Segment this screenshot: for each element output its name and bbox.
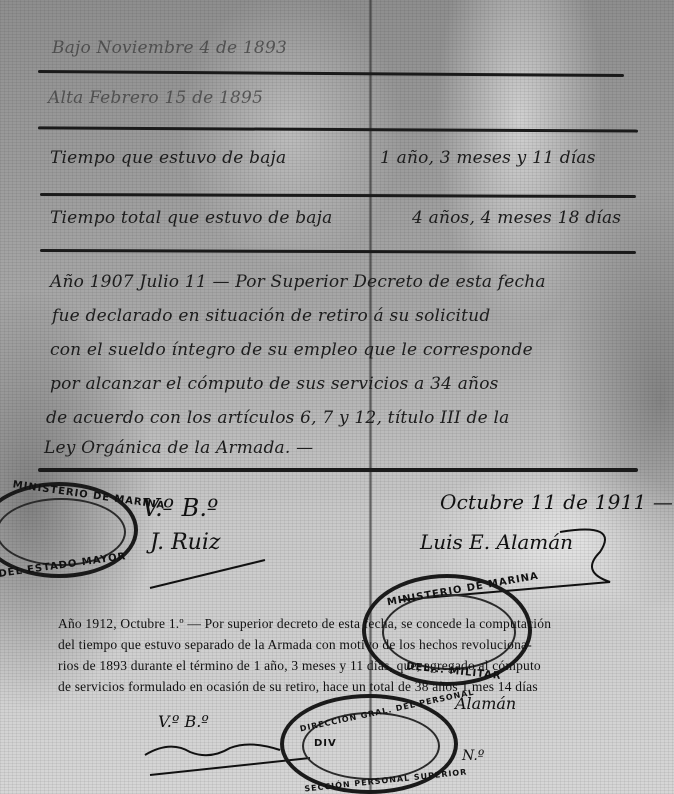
retirement-line-4: por alcanzar el cómputo de sus servicios… [50, 374, 499, 394]
document-page: Bajo Noviembre 4 de 1893 Alta Febrero 15… [0, 0, 674, 794]
entry-tiempo-total-value: 4 años, 4 meses 18 días [412, 208, 621, 228]
computation-line-1: Año 1912, Octubre 1.º — Por superior dec… [58, 616, 551, 632]
ruled-line [40, 193, 636, 198]
stamp-direccion-personal: DIRECCIÓN GRAL. DEL PERSONAL DIV SECCIÓN… [280, 694, 458, 794]
retirement-line-3: con el sueldo íntegro de su empleo que l… [50, 340, 533, 360]
retirement-line-6: Ley Orgánica de la Armada. — [44, 438, 313, 458]
retirement-line-1: Año 1907 Julio 11 — Por Superior Decreto… [50, 272, 546, 292]
ruled-line [38, 70, 624, 77]
retirement-line-5: de acuerdo con los artículos 6, 7 y 12, … [46, 408, 509, 428]
vb-mark: V.º B.º [142, 494, 218, 522]
entry-alta: Alta Febrero 15 de 1895 [48, 88, 263, 108]
computation-line-2: del tiempo que estuvo separado de la Arm… [58, 637, 532, 653]
vb-mark-bottom: V.º B.º [158, 712, 209, 731]
retirement-line-2: fue declarado en situación de retiro á s… [52, 306, 490, 326]
stamp-middle-text: DIV [314, 738, 337, 749]
entry-tiempo-baja-label: Tiempo que estuvo de baja [50, 148, 286, 168]
signature-flourish [150, 550, 270, 590]
entry-bajo: Bajo Noviembre 4 de 1893 [52, 38, 287, 58]
ruled-line [40, 249, 636, 254]
paper-texture [0, 0, 674, 794]
page-fold [369, 0, 372, 794]
computation-line-3: rios de 1893 durante el término de 1 año… [58, 658, 541, 674]
ruled-line [38, 468, 638, 472]
date-octubre: Octubre 11 de 1911 — [440, 490, 673, 514]
stamp-ministerio-estado-mayor: MINISTERIO DE MARINA DEL ESTADO MAYOR [0, 482, 138, 578]
ruled-line [38, 126, 638, 132]
entry-tiempo-baja-value: 1 año, 3 meses y 11 días [380, 148, 596, 168]
number-mark: N.º [462, 748, 484, 764]
entry-tiempo-total-label: Tiempo total que estuvo de baja [50, 208, 332, 228]
